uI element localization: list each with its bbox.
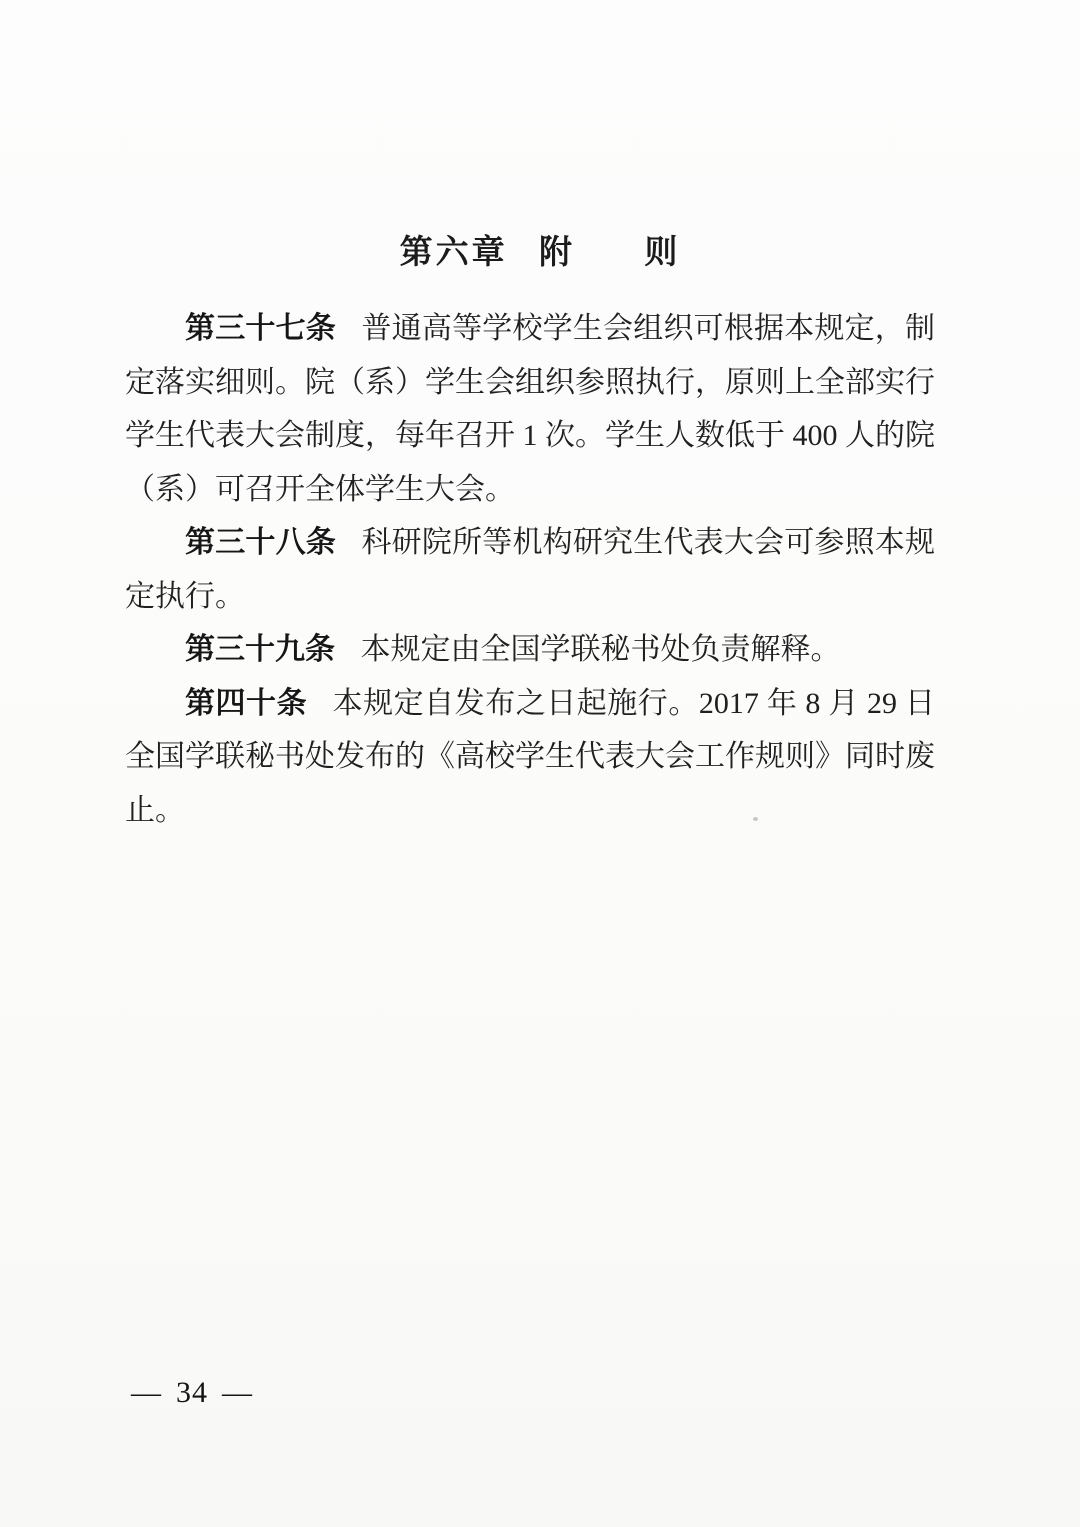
chapter-title-char-1: 附 bbox=[539, 226, 575, 273]
chapter-heading: 第六章 附 则 bbox=[0, 226, 1080, 273]
document-page: 第六章 附 则 第三十七条普通高等学校学生会组织可根据本规定，制定落实细则。院（… bbox=[0, 0, 1080, 1527]
article-term-38: 第三十八条 bbox=[185, 526, 336, 559]
page-number: 34 bbox=[176, 1376, 208, 1410]
article-text-39: 本规定由全国学联秘书处负责解释。 bbox=[361, 633, 841, 666]
page-footer: — 34 — bbox=[131, 1376, 253, 1410]
footer-right-dash: — bbox=[222, 1376, 253, 1410]
article-paragraph-38: 第三十八条科研院所等机构研究生代表大会可参照本规定执行。 bbox=[125, 516, 935, 623]
article-paragraph-40: 第四十条本规定自发布之日起施行。2017 年 8 月 29 日全国学联秘书处发布… bbox=[125, 677, 935, 838]
document-body: 第三十七条普通高等学校学生会组织可根据本规定，制定落实细则。院（系）学生会组织参… bbox=[125, 302, 935, 837]
scan-artifact-dot bbox=[753, 817, 758, 821]
footer-left-dash: — bbox=[131, 1376, 162, 1410]
chapter-label: 第六章 bbox=[400, 226, 508, 273]
article-paragraph-39: 第三十九条本规定由全国学联秘书处负责解释。 bbox=[125, 623, 935, 677]
article-term-37: 第三十七条 bbox=[185, 312, 336, 345]
chapter-title-char-2: 则 bbox=[644, 226, 680, 273]
article-term-39: 第三十九条 bbox=[185, 633, 335, 666]
article-term-40: 第四十条 bbox=[185, 687, 307, 720]
article-paragraph-37: 第三十七条普通高等学校学生会组织可根据本规定，制定落实细则。院（系）学生会组织参… bbox=[125, 302, 935, 516]
